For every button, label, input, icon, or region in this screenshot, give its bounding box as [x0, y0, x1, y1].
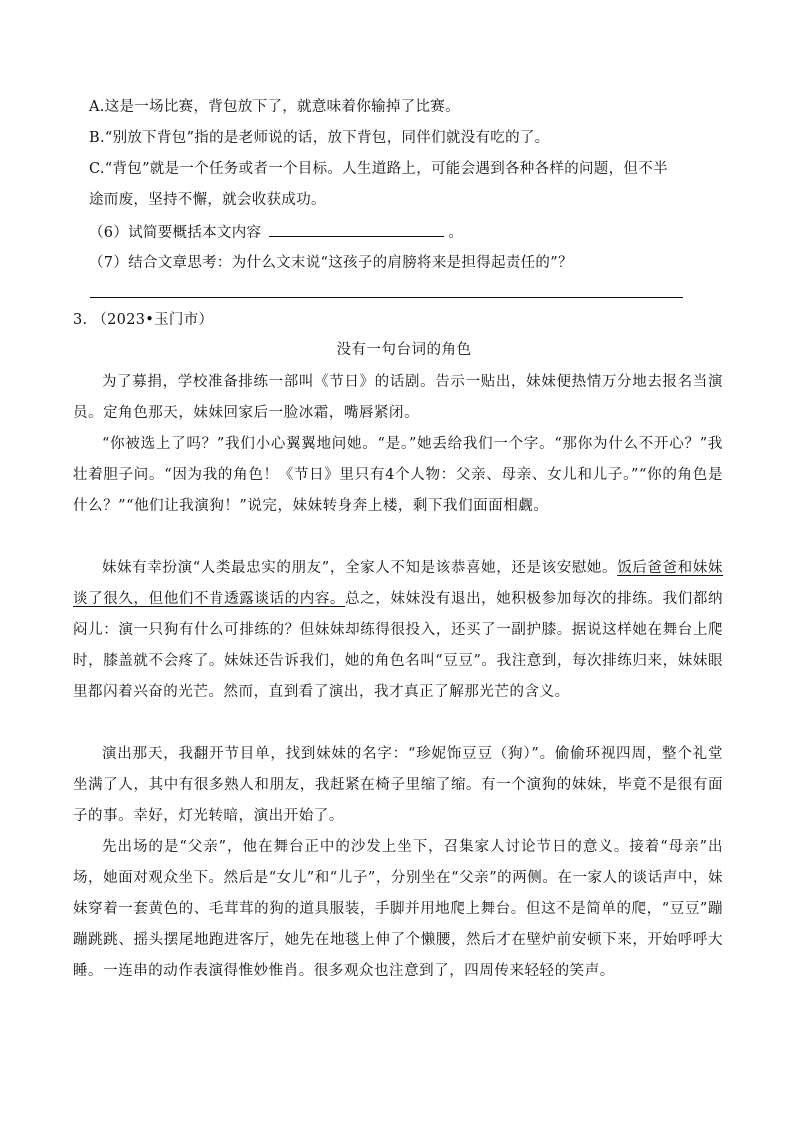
- paragraph-2: “你被选上了吗？”我们小心翼翼地问她。“是。”她丢给我们一个字。“那你为什么不开…: [73, 429, 723, 522]
- paragraph-4: 演出那天，我翻开节目单，找到妹妹的名字：“珍妮饰豆豆（狗）”。偷偷环视四周，整个…: [73, 739, 723, 832]
- article-title: 没有一句台词的角色: [0, 340, 794, 360]
- option-a: A.这是一场比赛，背包放下了，就意味着你输掉了比赛。: [89, 97, 460, 117]
- paragraph-1: 为了募捐，学校准备排练一部叫《节日》的话剧。告示一贴出，妹妹便热情万分地去报名当…: [73, 367, 723, 429]
- question-6-label: （6）试简要概括本文内容: [89, 225, 261, 241]
- paragraph-5: 先出场的是“父亲”，他在舞台正中的沙发上坐下，召集家人讨论节日的意义。接着“母亲…: [73, 832, 723, 987]
- option-b: B.“别放下背包”指的是老师说的话，放下背包，同伴们就没有吃的了。: [89, 128, 550, 148]
- section-number-source: 3. （2023•玉门市）: [73, 310, 213, 330]
- paragraph-3-part-b: 总之，妹妹没有退出，她积极参加每次的排练。我们都纳闷儿：演一只狗有什么可排练的？…: [73, 591, 723, 700]
- paragraph-3-part-a: 妹妹有幸扮演“人类最忠实的朋友”，全家人不知是该恭喜她，还是该安慰她。: [102, 560, 617, 576]
- question-6-end: 。: [448, 225, 463, 241]
- question-7: （7）结合文章思考：为什么文末说“这孩子的肩膀将来是担得起责任的”？: [89, 253, 573, 273]
- paragraph-3: 妹妹有幸扮演“人类最忠实的朋友”，全家人不知是该恭喜她，还是该安慰她。饭后爸爸和…: [73, 553, 723, 708]
- question-6: （6）试简要概括本文内容。: [89, 222, 463, 243]
- option-c-line1: C.“背包”就是一个任务或者一个目标。人生道路上，可能会遇到各种各样的问题，但不…: [89, 159, 668, 179]
- option-c-line2: 途而废，坚持不懈，就会收获成功。: [89, 190, 326, 210]
- answer-blank-q6[interactable]: [269, 222, 444, 237]
- answer-line-q7[interactable]: [90, 297, 683, 298]
